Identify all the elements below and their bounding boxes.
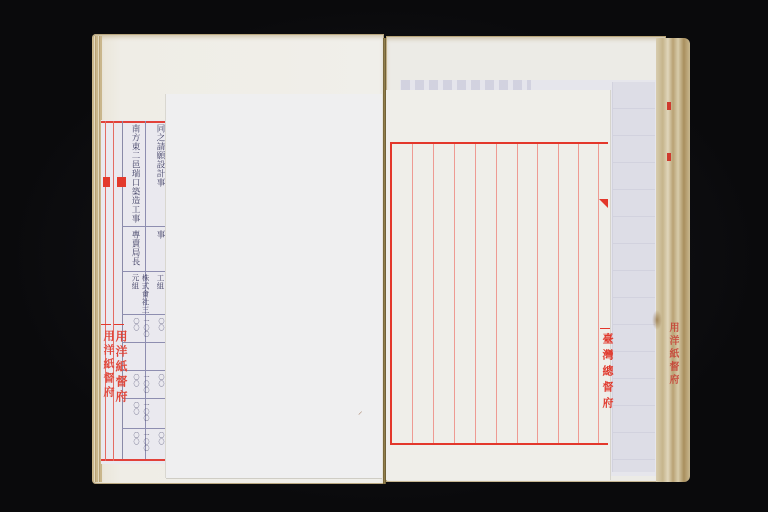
margin-rule <box>113 121 114 461</box>
red-edge-mark <box>667 102 671 110</box>
amount-cell: 一〇〇〇〇 <box>130 432 150 456</box>
grid-line <box>433 144 434 443</box>
ledger-bottom-rule <box>101 459 167 461</box>
grid-line <box>578 144 579 443</box>
ledger-entry-project: 南方東二邑瑞口築造工事 <box>130 124 140 224</box>
grid-line <box>412 144 413 443</box>
amount-cell: 一〇〇〇〇 <box>130 318 150 342</box>
amount-cell: 一〇〇〇〇 <box>130 402 150 426</box>
grid-line <box>537 144 538 443</box>
ledger-entry-company-b: 株式會社三元組 <box>130 274 150 314</box>
red-fold-mark <box>103 177 110 187</box>
red-rule <box>114 324 124 325</box>
amount-cell: 一〇〇〇〇 <box>130 374 150 398</box>
ink-smudge: ⸝ <box>358 404 366 414</box>
ledger-entry-office: 專賣局長 <box>130 230 140 270</box>
blank-overlay-sheet <box>166 94 382 478</box>
grid-line <box>496 144 497 443</box>
red-corner-flag <box>599 199 608 208</box>
faint-ledger-column <box>612 82 655 472</box>
water-stain <box>652 310 662 330</box>
grid-line <box>475 144 476 443</box>
right-page-edges <box>656 38 690 482</box>
red-form-frame <box>390 142 608 445</box>
row-divider <box>122 226 167 227</box>
row-divider <box>122 271 167 272</box>
grid-line <box>558 144 559 443</box>
margin-rule <box>105 121 106 461</box>
margin-print-right: 用洋紙督府 <box>113 330 130 405</box>
form-label-rule <box>600 328 610 329</box>
form-issuer-label: 臺灣總督府 <box>599 333 615 413</box>
grid-line <box>517 144 518 443</box>
grid-line <box>454 144 455 443</box>
red-edge-mark <box>667 153 671 161</box>
faint-ledger-header <box>401 80 531 90</box>
row-divider <box>122 314 167 315</box>
red-rule <box>101 324 111 325</box>
row-divider <box>122 428 167 429</box>
edge-margin-print: 用洋紙督府 <box>665 322 680 387</box>
red-fold-mark <box>117 177 126 187</box>
